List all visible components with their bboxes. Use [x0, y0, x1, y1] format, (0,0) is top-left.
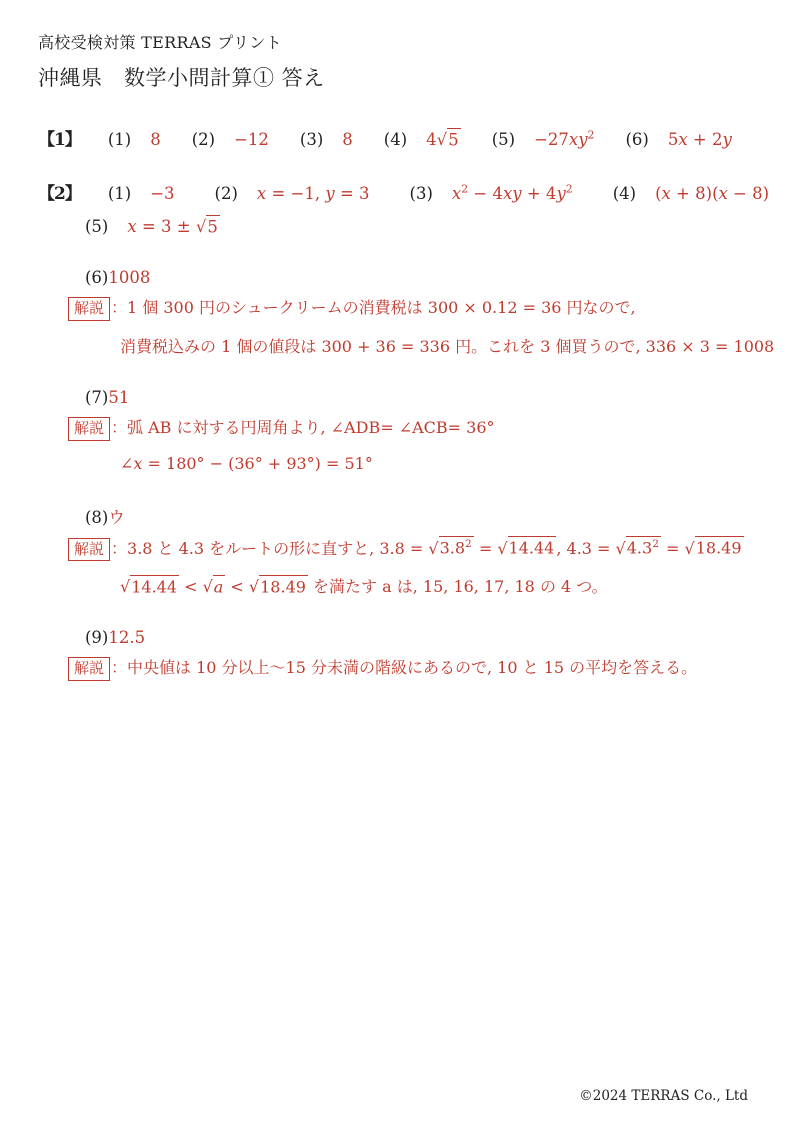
- item-number: (7): [85, 388, 108, 407]
- item-number: (9): [85, 628, 108, 647]
- explanation-row: 解説 ：中央値は 10 分以上～15 分未満の階級にあるので, 10 と 15 …: [68, 655, 760, 681]
- answer-item: (2) −12: [192, 130, 269, 149]
- explained-item-7: (7) 51 解説 ：弧 AB に対する円周角より, ∠ADB= ∠ACB= 3…: [38, 388, 760, 473]
- item-answer: 8: [150, 130, 161, 149]
- explanation-line: ：1 個 300 円のシュークリームの消費税は 300 × 0.12 = 36 …: [111, 295, 636, 318]
- footer-copyright: ©2024 TERRAS Co., Ltd: [579, 1088, 748, 1104]
- explanation-line: 消費税込みの 1 個の値段は 300 + 36 = 336 円。これを 3 個買…: [120, 334, 760, 357]
- answer-item: (1) −3: [108, 184, 175, 203]
- explanation-line: √14.44 < √a < √18.49 を満たす a は, 15, 16, 1…: [120, 574, 760, 597]
- section-1-bracket: 【1】: [38, 125, 81, 150]
- kaisetsu-label: 解説: [68, 417, 110, 441]
- kaisetsu-label: 解説: [68, 297, 110, 321]
- item-number: (4): [384, 130, 407, 149]
- item-number: (5): [492, 130, 515, 149]
- item-answer: 51: [108, 388, 129, 407]
- answer-item: (5) x = 3 ± √5: [85, 217, 220, 236]
- item-answer: ウ: [108, 504, 125, 528]
- explained-item-8: (8) ウ 解説 ：3.8 と 4.3 をルートの形に直すと, 3.8 = √3…: [38, 504, 760, 598]
- answer-item: (8) ウ: [85, 504, 760, 528]
- explained-item-9: (9) 12.5 解説 ：中央値は 10 分以上～15 分未満の階級にあるので,…: [38, 628, 760, 681]
- item-number: (5): [85, 217, 108, 236]
- explanation-row: 解説 ：弧 AB に対する円周角より, ∠ADB= ∠ACB= 36°: [68, 415, 760, 441]
- answer-item: (6) 5x + 2y: [625, 130, 731, 149]
- item-answer: 12.5: [108, 628, 145, 647]
- section-2-row: 【2】 (1) −3 (2) x = −1, y = 3 (3) x2 − 4x…: [38, 179, 760, 204]
- page-body: 高校受検対策 TERRAS プリント 沖縄県 数学小問計算① 答え 【1】 (1…: [0, 0, 800, 681]
- item-answer: −3: [150, 184, 174, 203]
- answer-item: (2) x = −1, y = 3: [215, 184, 370, 203]
- item-answer: x2 − 4xy + 4y2: [452, 184, 573, 203]
- section-1-row: 【1】 (1) 8 (2) −12 (3) 8 (4) 4√5 (5) −27x…: [38, 125, 760, 150]
- answer-item: (7) 51: [85, 388, 760, 407]
- item-number: (2): [192, 130, 215, 149]
- item-answer: x = 3 ± √5: [127, 217, 219, 236]
- answer-item: (5) −27xy2: [492, 130, 595, 149]
- doc-subtitle: 沖縄県 数学小問計算① 答え: [38, 62, 760, 92]
- kaisetsu-label: 解説: [68, 538, 110, 562]
- item-answer: 8: [342, 130, 353, 149]
- kaisetsu-label: 解説: [68, 657, 110, 681]
- answer-item: (4) (x + 8)(x − 8): [613, 184, 769, 203]
- item-number: (1): [108, 184, 131, 203]
- explained-item-6: (6) 1008 解説 ：1 個 300 円のシュークリームの消費税は 300 …: [38, 268, 760, 357]
- item-number: (3): [300, 130, 323, 149]
- explanation-line: ：弧 AB に対する円周角より, ∠ADB= ∠ACB= 36°: [111, 415, 495, 438]
- explanation-line: ：3.8 と 4.3 をルートの形に直すと, 3.8 = √3.82 = √14…: [111, 536, 744, 559]
- answer-item: (4) 4√5: [384, 130, 461, 149]
- item-answer: (x + 8)(x − 8): [655, 184, 769, 203]
- item-answer: −12: [234, 130, 269, 149]
- item-answer: x = −1, y = 3: [257, 184, 370, 203]
- doc-title: 高校受検対策 TERRAS プリント: [38, 30, 760, 53]
- answer-sheet-page: { "header": { "line1": "高校受検対策 TERRAS プリ…: [0, 0, 800, 1131]
- item-number: (8): [85, 508, 108, 527]
- answer-item: (3) 8: [300, 130, 353, 149]
- explanation-row: 解説 ：3.8 と 4.3 をルートの形に直すと, 3.8 = √3.82 = …: [68, 536, 760, 562]
- item-number: (6): [85, 268, 108, 287]
- item-number: (3): [410, 184, 433, 203]
- explanation-line: ：中央値は 10 分以上～15 分未満の階級にあるので, 10 と 15 の平均…: [111, 655, 697, 678]
- section-2-row-continued: (5) x = 3 ± √5: [85, 217, 760, 236]
- explanation-line: ∠x = 180° − (36° + 93°) = 51°: [120, 454, 760, 473]
- item-answer: 5x + 2y: [668, 130, 732, 149]
- answer-item: (6) 1008: [85, 268, 760, 287]
- item-answer: 4√5: [426, 130, 461, 149]
- item-answer: 1008: [108, 268, 150, 287]
- section-2-bracket: 【2】: [38, 179, 81, 204]
- answer-item: (3) x2 − 4xy + 4y2: [410, 184, 573, 203]
- explanation-row: 解説 ：1 個 300 円のシュークリームの消費税は 300 × 0.12 = …: [68, 295, 760, 321]
- answer-item: (9) 12.5: [85, 628, 760, 647]
- item-number: (2): [215, 184, 238, 203]
- answer-item: (1) 8: [108, 130, 161, 149]
- item-answer: −27xy2: [534, 130, 594, 149]
- item-number: (4): [613, 184, 636, 203]
- item-number: (1): [108, 130, 131, 149]
- item-number: (6): [625, 130, 648, 149]
